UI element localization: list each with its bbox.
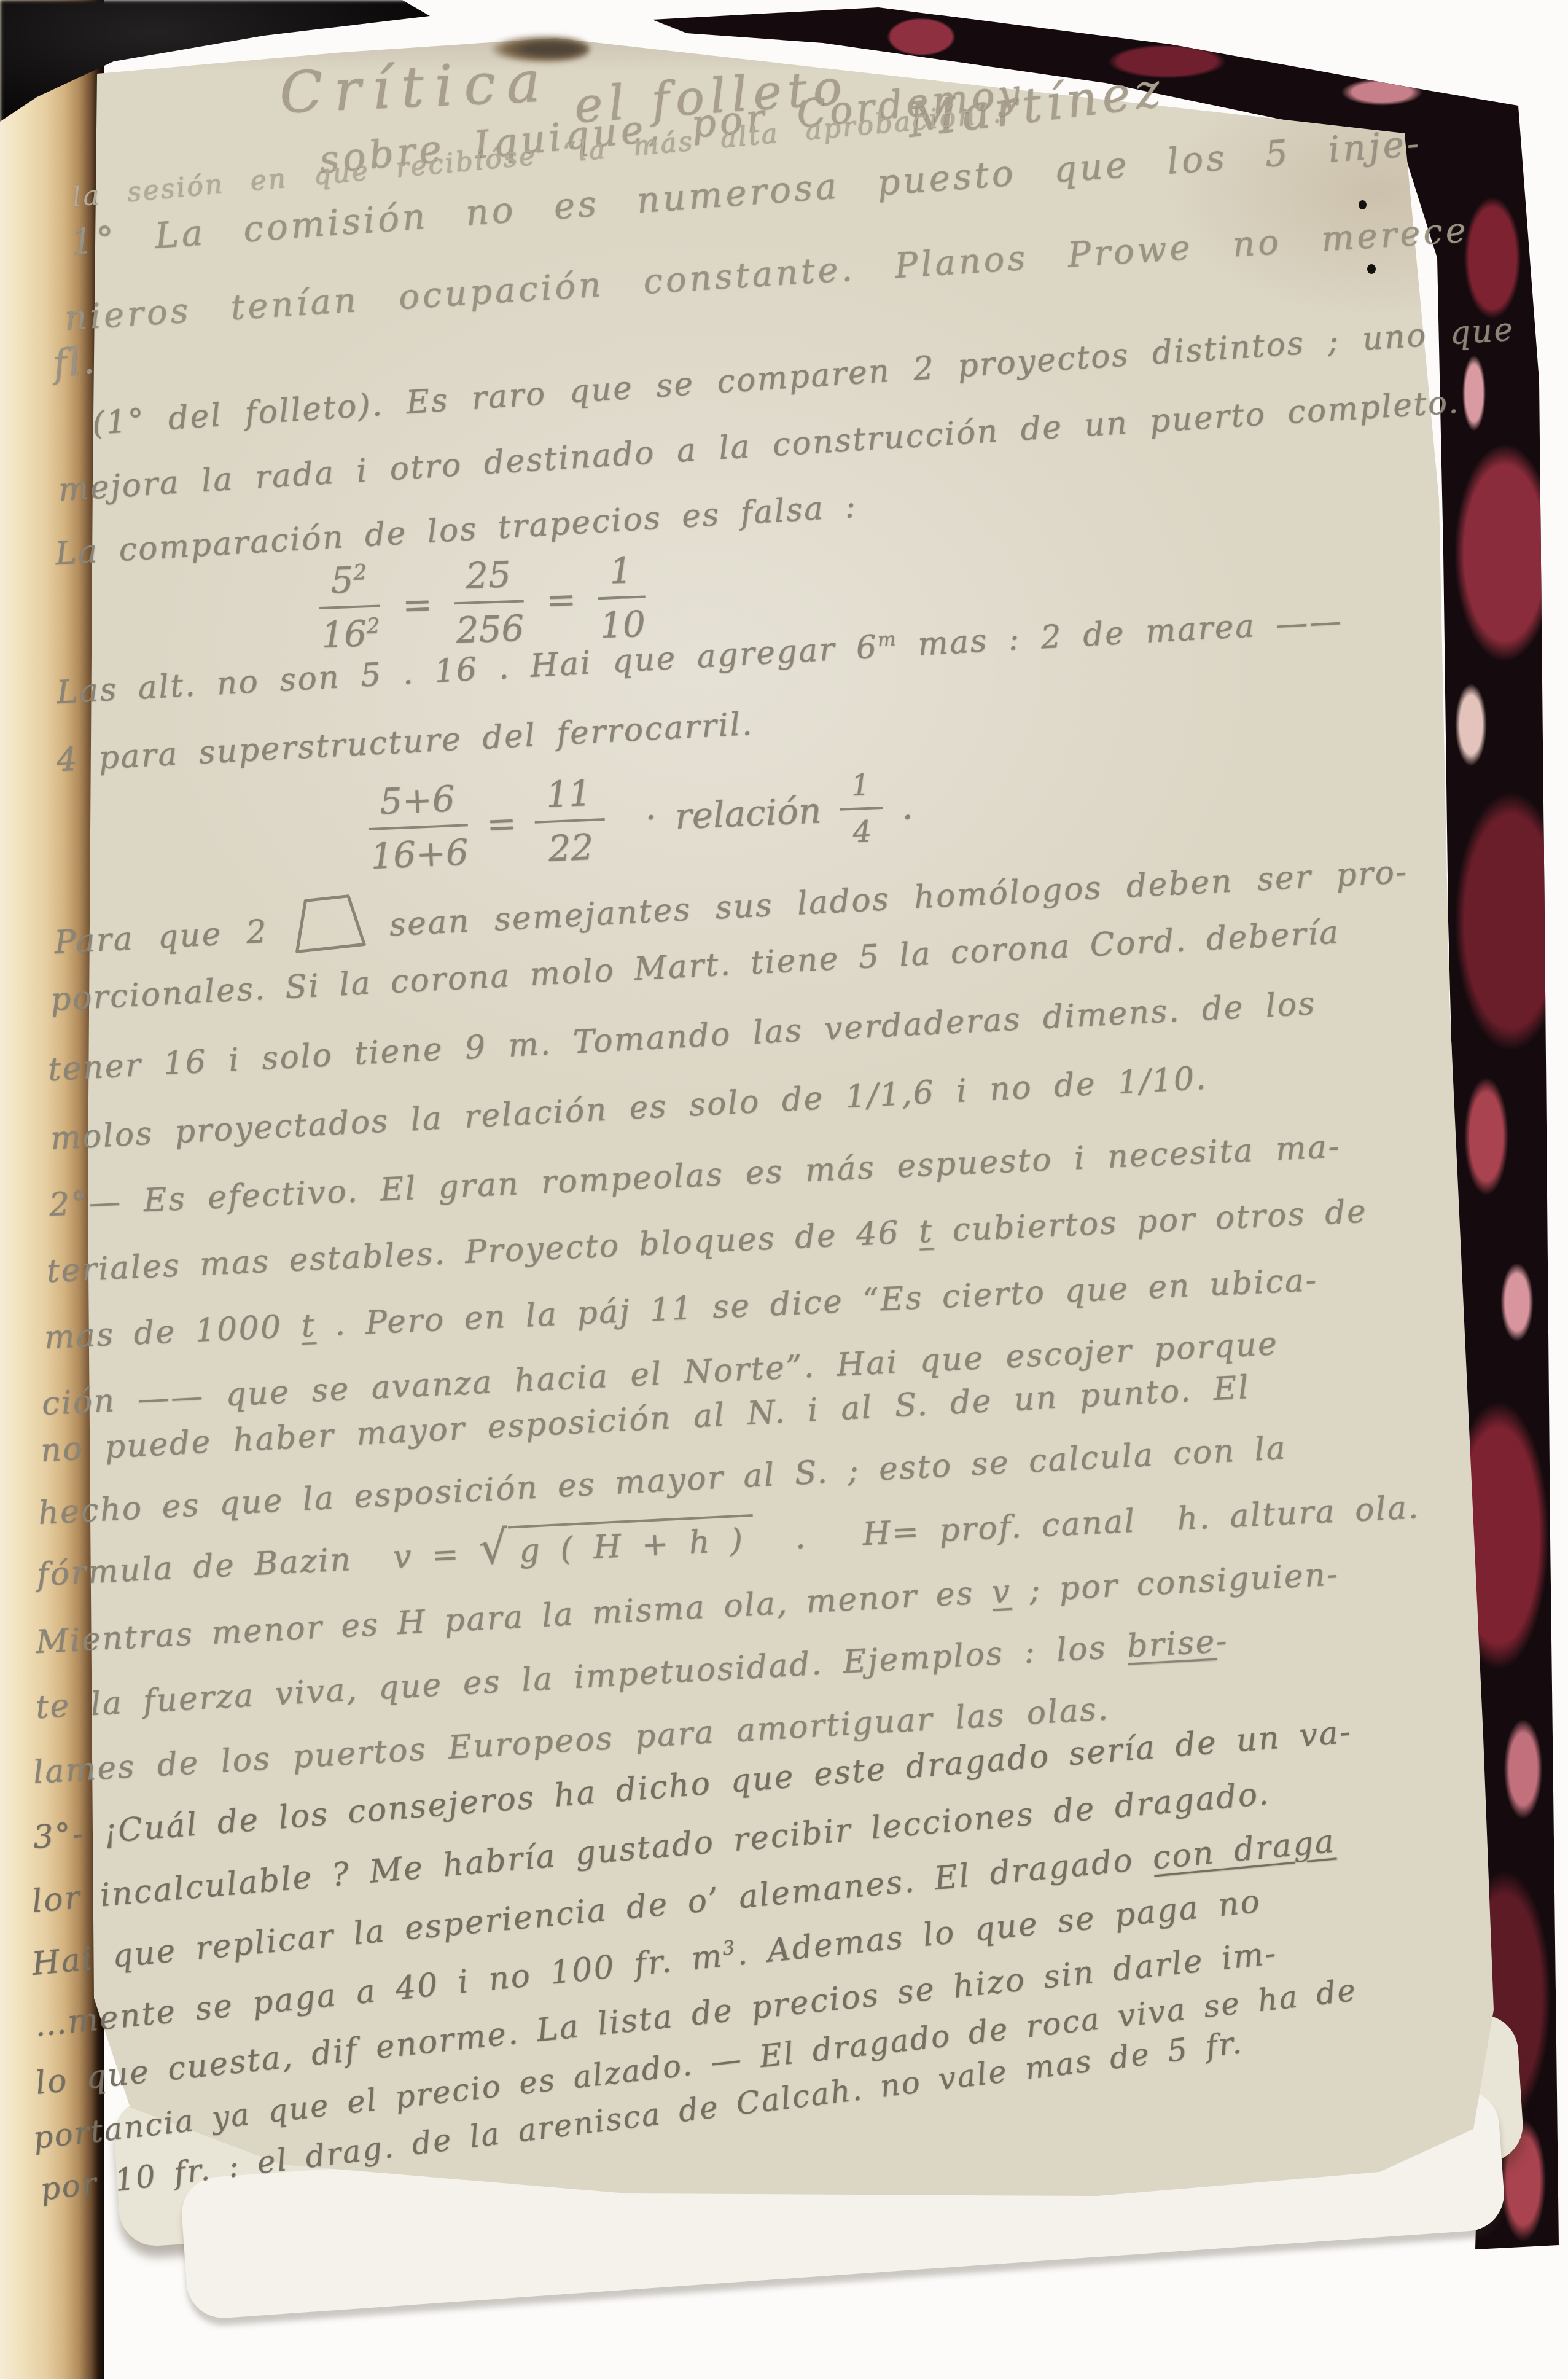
equals-sign: = [402,584,433,627]
formula-lhs: v = [392,1536,461,1576]
fraction: 14 [838,767,884,850]
line-text: fl. [50,337,98,386]
margin-note: fl. [50,337,98,386]
underlined-word: v [991,1573,1012,1611]
trapezoid-sketch [287,891,370,957]
equals-sign: = [486,802,517,845]
fraction: 1122 [533,772,607,870]
underlined-word: t [300,1307,316,1345]
line-text: Para que 2 [53,913,269,961]
period: . [900,786,913,828]
separator-dot: · [644,796,657,838]
fraction: 52162 [318,558,381,656]
line-text: - [1215,1622,1229,1660]
fraction-equation: 52162 = 25256 = 110 [318,549,647,656]
square-root-sign: √ [477,1520,510,1574]
page-title-word: Crítica [278,49,553,126]
manuscript-photo: Crítica el folleto Martínez sobre Iquiqu… [0,0,1568,2379]
equals-sign: = [545,578,577,621]
underlined-word: t [918,1213,934,1250]
separator-dot: . [794,1519,808,1557]
relation-label: relación [674,789,822,837]
underlined-word: brise [1126,1623,1217,1665]
ink-dot [1367,264,1376,274]
fraction: 110 [596,549,647,647]
fraction: 25256 [453,553,526,651]
ink-dot [1359,200,1367,209]
fraction: 5+616+6 [367,777,470,877]
superscript: m [877,628,898,651]
